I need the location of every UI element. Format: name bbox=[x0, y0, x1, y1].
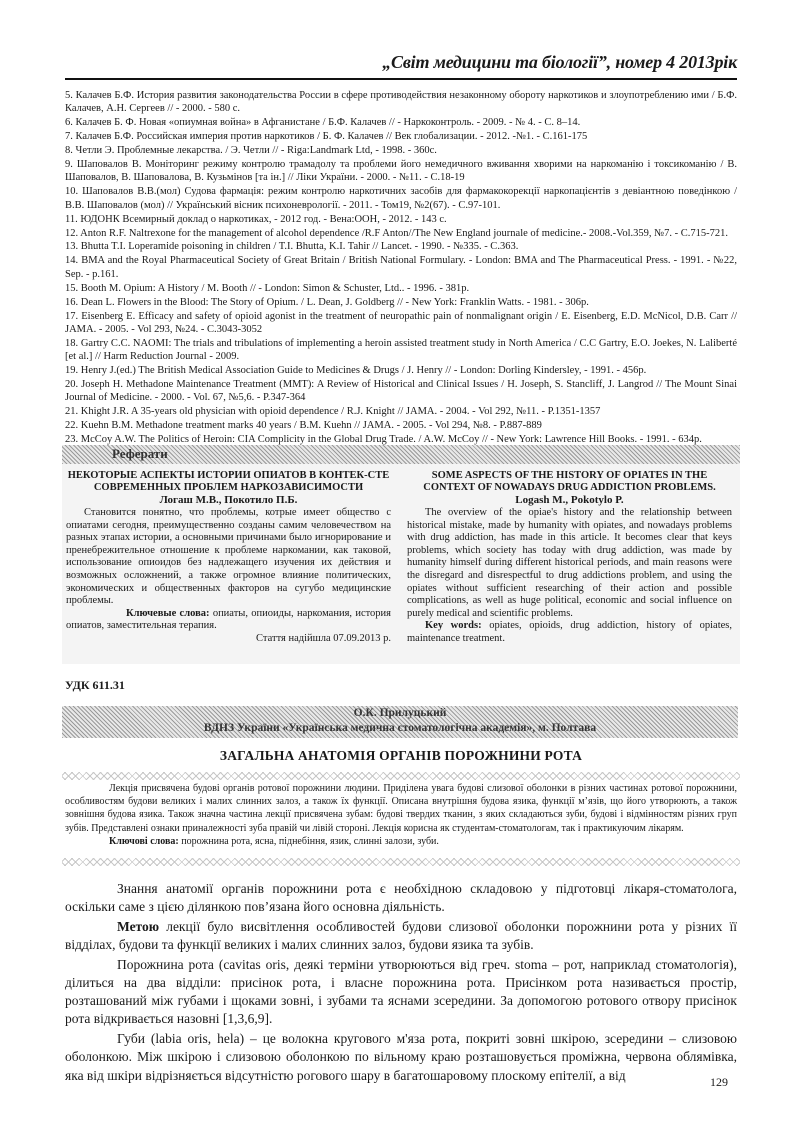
reference-item: 15. Booth M. Opium: A History / M. Booth… bbox=[65, 282, 737, 295]
reference-item: 10. Шаповалов В.В.(мол) Судова фармація:… bbox=[65, 185, 737, 212]
abstract-en-text: The overview of the opiae's history and … bbox=[407, 507, 732, 620]
body-paragraph: Знання анатомії органів порожнини рота є… bbox=[65, 880, 737, 916]
reference-item: 11. ЮДОНК Всемирный доклад о наркотиках,… bbox=[65, 213, 737, 226]
abstracts-section-label: Реферати bbox=[112, 446, 168, 462]
reference-item: 18. Gartry C.C. NAOMI: The trials and tr… bbox=[65, 337, 737, 364]
reference-item: 5. Калачев Б.Ф. История развития законод… bbox=[65, 89, 737, 116]
reference-item: 9. Шаповалов В. Моніторинг режиму контро… bbox=[65, 158, 737, 185]
reference-item: 8. Четли Э. Проблемные лекарства. / Э. Ч… bbox=[65, 144, 737, 157]
author-affiliation-bar: О.К. Прилуцький ВДНЗ України «Українська… bbox=[62, 706, 738, 738]
abstract-en-authors: Logash M., Pokotylo P. bbox=[407, 494, 732, 507]
reference-list: 5. Калачев Б.Ф. История развития законод… bbox=[65, 89, 737, 475]
goal-label: Метою bbox=[117, 919, 159, 934]
summary-border-top bbox=[62, 772, 740, 780]
reference-item: 13. Bhutta T.I. Loperamide poisoning in … bbox=[65, 240, 737, 253]
abstract-ru: НЕКОТОРЫЕ АСПЕКТЫ ИСТОРИИ ОПИАТОВ В КОНТ… bbox=[66, 470, 391, 646]
summary-keywords: Ключові слова: порожнина рота, ясна, під… bbox=[65, 835, 737, 848]
reference-item: 21. Khight J.R. A 35-years old physician… bbox=[65, 405, 737, 418]
keywords-label: Key words: bbox=[425, 620, 482, 631]
keywords-value: опиаты, опиоиды, наркомания, история опи… bbox=[66, 608, 391, 632]
article-author: О.К. Прилуцький bbox=[62, 706, 738, 721]
reference-item: 6. Калачев Б. Ф. Новая «опиумная война» … bbox=[65, 116, 737, 129]
reference-item: 7. Калачев Б.Ф. Российская империя проти… bbox=[65, 130, 737, 143]
article-title: ЗАГАЛЬНА АНАТОМІЯ ОРГАНІВ ПОРОЖНИНИ РОТА bbox=[65, 748, 737, 764]
reference-item: 12. Anton R.F. Naltrexone for the manage… bbox=[65, 227, 737, 240]
abstract-ru-title: НЕКОТОРЫЕ АСПЕКТЫ ИСТОРИИ ОПИАТОВ В КОНТ… bbox=[66, 470, 391, 494]
body-paragraph: Губи (labia oris, hela) – це волокна кру… bbox=[65, 1030, 737, 1085]
abstract-ru-authors: Логаш М.В., Покотило П.Б. bbox=[66, 494, 391, 507]
body-paragraph: Метою лекції було висвітлення особливост… bbox=[65, 918, 737, 954]
keywords-value: порожнина рота, ясна, піднебіння, язик, … bbox=[181, 836, 439, 847]
abstract-en: SOME ASPECTS OF THE HISTORY OF OPIATES I… bbox=[407, 470, 732, 646]
body-paragraph: Порожнина рота (cavitas oris, деякі терм… bbox=[65, 956, 737, 1029]
reference-item: 22. Kuehn B.M. Methadone treatment marks… bbox=[65, 419, 737, 432]
reference-item: 17. Eisenberg E. Efficacy and safety of … bbox=[65, 310, 737, 337]
abstract-ru-text: Становится понятно, что проблемы, котрые… bbox=[66, 507, 391, 608]
abstracts-section-bar: Реферати bbox=[62, 445, 740, 464]
summary-text: Лекція присвячена будові органів ротової… bbox=[65, 782, 737, 835]
abstracts-panel: НЕКОТОРЫЕ АСПЕКТЫ ИСТОРИИ ОПИАТОВ В КОНТ… bbox=[62, 464, 740, 664]
abstract-ru-keywords: Ключевые слова: опиаты, опиоиды, наркома… bbox=[66, 608, 391, 633]
page-number: 129 bbox=[710, 1075, 728, 1090]
article-affiliation: ВДНЗ України «Українська медична стомато… bbox=[62, 721, 738, 736]
reference-item: 19. Henry J.(ed.) The British Medical As… bbox=[65, 364, 737, 377]
keywords-label: Ключові слова: bbox=[109, 836, 179, 847]
received-date: Стаття надійшла 07.09.2013 р. bbox=[66, 633, 391, 646]
udk-code: УДК 611.31 bbox=[65, 678, 125, 693]
abstract-en-title: SOME ASPECTS OF THE HISTORY OF OPIATES I… bbox=[407, 470, 732, 494]
article-summary: Лекція присвячена будові органів ротової… bbox=[65, 782, 737, 848]
reference-item: 16. Dean L. Flowers in the Blood: The St… bbox=[65, 296, 737, 309]
article-body: Знання анатомії органів порожнини рота є… bbox=[65, 880, 737, 1086]
goal-text: лекції було висвітлення особливостей буд… bbox=[65, 919, 737, 952]
abstract-en-keywords: Key words: opiates, opioids, drug addict… bbox=[407, 620, 732, 645]
reference-item: 20. Joseph H. Methadone Maintenance Trea… bbox=[65, 378, 737, 405]
reference-item: 14. BMA and the Royal Pharmaceutical Soc… bbox=[65, 254, 737, 281]
summary-border-bottom bbox=[62, 858, 740, 866]
header-rule bbox=[65, 78, 737, 80]
running-header: „Світ медицини та біології”, номер 4 201… bbox=[65, 52, 737, 73]
keywords-label: Ключевые слова: bbox=[126, 608, 210, 619]
